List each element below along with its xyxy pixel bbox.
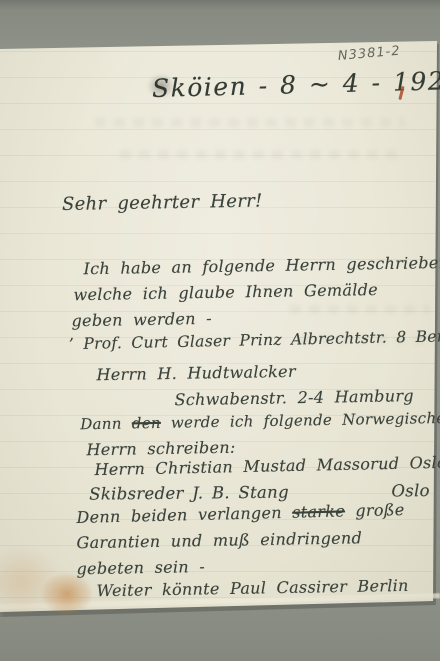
scanned-letter-photo: N3381-2 Sköien - 8 ~ 4 - 1926 Sehr geehr…	[0, 0, 440, 661]
letter-line: Weiter könnte Paul Cassirer Berlin	[55, 557, 410, 620]
line-text: Weiter könnte Paul Cassirer Berlin	[96, 576, 408, 600]
greeting: Sehr geehrter Herr!	[62, 190, 263, 214]
